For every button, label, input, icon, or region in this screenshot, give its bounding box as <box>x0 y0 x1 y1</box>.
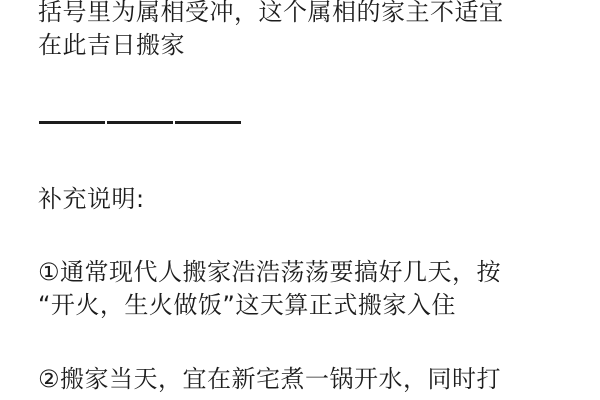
separator-segment <box>175 121 241 124</box>
intro-text-line-2: 在此吉日搬家 <box>38 29 185 62</box>
note-2-line-1: ②搬家当天，宜在新宅煮一锅开水，同时打 <box>38 363 501 396</box>
horizontal-separator <box>39 121 241 125</box>
separator-segment <box>39 121 105 124</box>
document-page: 括号里为属相受冲，这个属相的家主不适宜 在此吉日搬家 补充说明: ①通常现代人搬… <box>0 0 600 400</box>
supplement-heading: 补充说明: <box>38 183 145 216</box>
separator-segment <box>107 121 173 124</box>
intro-text-line-1: 括号里为属相受冲，这个属相的家主不适宜 <box>38 0 504 29</box>
note-1-line-2: “开火，生火做饭”这天算正式搬家入住 <box>38 289 456 322</box>
note-1-line-1: ①通常现代人搬家浩浩荡荡要搞好几天，按 <box>38 256 501 289</box>
